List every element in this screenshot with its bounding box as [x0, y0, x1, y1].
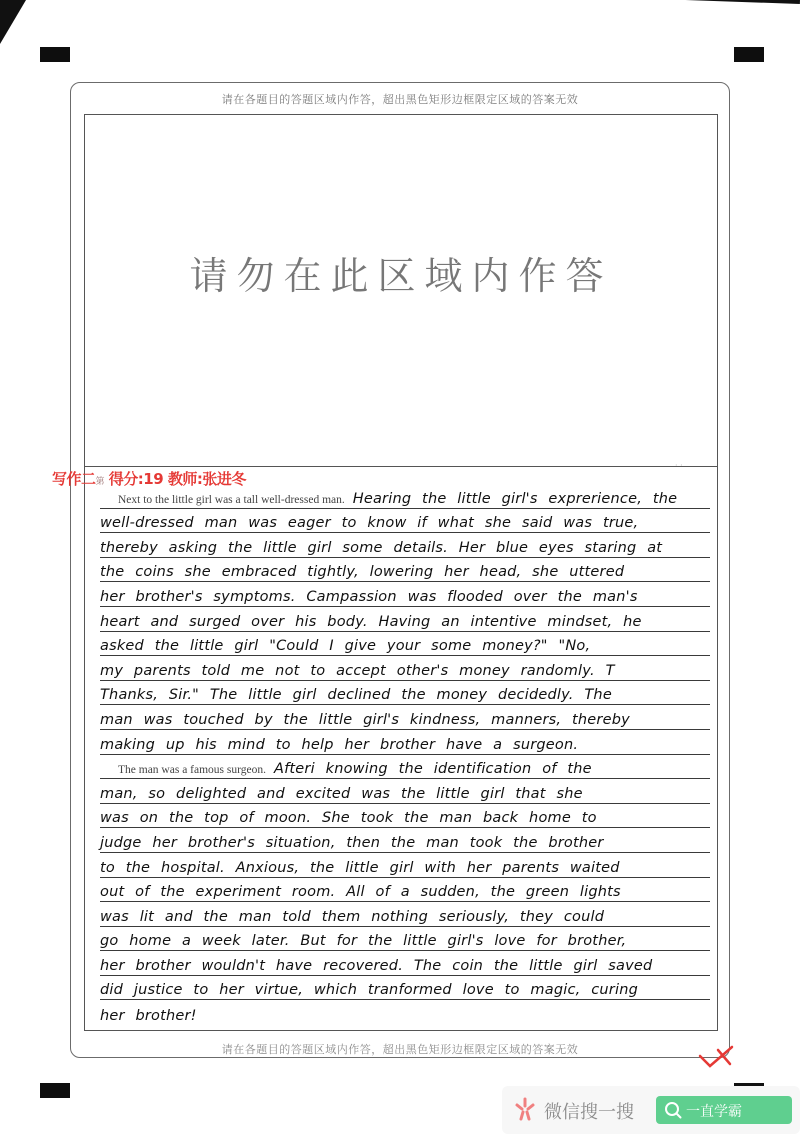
essay-prompt-1: Next to the little girl was a tall well-… [118, 494, 345, 506]
faint-scan-mark: · · [675, 461, 683, 470]
grade-faded-text: 第 [96, 477, 105, 487]
search-icon [664, 1101, 682, 1119]
essay-line-text: man, so delighted and excited was the li… [100, 786, 583, 802]
essay-line-text: Thanks, Sir." The little girl declined t… [100, 687, 612, 703]
essay-line-text: my parents told me not to accept other's… [100, 663, 615, 679]
essay-line: Thanks, Sir." The little girl declined t… [100, 681, 710, 706]
essay-line-text: her brother wouldn't have recovered. The… [100, 958, 652, 974]
essay-line: judge her brother's situation, then the … [100, 828, 710, 853]
essay-line: heart and surged over his body. Having a… [100, 607, 710, 632]
wechat-search-label: 微信搜一搜 [544, 1098, 634, 1124]
essay-line-text: was on the top of moon. She took the man… [100, 810, 597, 826]
wechat-search-icon [512, 1096, 538, 1122]
wechat-search-watermark: 微信搜一搜 一直学霸 [502, 1086, 800, 1134]
essay-line-text: heart and surged over his body. Having a… [100, 614, 642, 630]
essay-line: thereby asking the little girl some deta… [100, 533, 710, 558]
essay-line-text: well-dressed man was eager to know if wh… [100, 515, 638, 531]
essay-line: my parents told me not to accept other's… [100, 656, 710, 681]
essay-line-text: was lit and the man told them nothing se… [100, 909, 604, 925]
essay-line: go home a week later. But for the little… [100, 927, 710, 952]
essay-line: the coins she embraced tightly, lowering… [100, 558, 710, 583]
essay-line-text: out of the experiment room. All of a sud… [100, 884, 621, 900]
alignment-marker-bottom-left [40, 1083, 70, 1098]
essay-line-text: the coins she embraced tightly, lowering… [100, 564, 624, 580]
essay-line-text: Hearing the little girl's exprerience, t… [353, 491, 677, 507]
no-answer-zone: 请勿在此区域内作答 · · [85, 115, 717, 467]
essay-line: well-dressed man was eager to know if wh… [100, 509, 710, 534]
grade-teacher: 教师:张进冬 [168, 470, 246, 488]
essay-line: was on the top of moon. She took the man… [100, 804, 710, 829]
essay-line-text: her brother! [100, 1008, 197, 1024]
essay-line: asked the little girl "Could I give your… [100, 632, 710, 657]
essay-line: out of the experiment room. All of a sud… [100, 878, 710, 903]
essay-line: her brother wouldn't have recovered. The… [100, 951, 710, 976]
essay-line-text: asked the little girl "Could I give your… [100, 638, 590, 654]
essay-line-text: judge her brother's situation, then the … [100, 835, 604, 851]
corner-registration-mark [0, 0, 26, 44]
essay-writing-area: Next to the little girl was a tall well-… [100, 484, 710, 1025]
grade-section-label: 写作二 [52, 470, 96, 488]
alignment-marker-top-left [40, 47, 70, 62]
red-check-mark-icon [698, 1044, 734, 1068]
essay-line-text: to the hospital. Anxious, the little gir… [100, 860, 620, 876]
alignment-marker-top-right [734, 47, 764, 62]
essay-line: was lit and the man told them nothing se… [100, 902, 710, 927]
wechat-search-text: 一直学霸 [686, 1101, 742, 1121]
essay-line-text: thereby asking the little girl some deta… [100, 540, 662, 556]
essay-line: her brother! [100, 1000, 710, 1025]
no-answer-zone-label: 请勿在此区域内作答 [85, 245, 717, 300]
essay-line-text: Afteri knowing the identification of the [274, 761, 592, 777]
notice-top: 请在各题目的答题区域内作答，超出黑色矩形边框限定区域的答案无效 [71, 91, 729, 107]
essay-line: The man was a famous surgeon.Afteri know… [100, 755, 710, 780]
essay-line: her brother's symptoms. Campassion was f… [100, 582, 710, 607]
essay-prompt-2: The man was a famous surgeon. [118, 764, 266, 776]
essay-line-text: making up his mind to help her brother h… [100, 737, 578, 753]
wechat-search-box[interactable]: 一直学霸 [656, 1096, 792, 1124]
essay-line: did justice to her virtue, which tranfor… [100, 976, 710, 1001]
essay-line-text: go home a week later. But for the little… [100, 933, 626, 949]
essay-line: making up his mind to help her brother h… [100, 730, 710, 755]
essay-line: man, so delighted and excited was the li… [100, 779, 710, 804]
essay-line: man was touched by the little girl's kin… [100, 705, 710, 730]
essay-line-text: man was touched by the little girl's kin… [100, 712, 630, 728]
corner-edge-line [650, 0, 800, 4]
grade-stamp: 写作二第 得分:19 教师:张进冬 [52, 468, 246, 489]
grade-score: 得分:19 [109, 470, 163, 488]
notice-bottom: 请在各题目的答题区域内作答，超出黑色矩形边框限定区域的答案无效 [71, 1041, 729, 1057]
essay-line-text: did justice to her virtue, which tranfor… [100, 982, 638, 998]
essay-line-text: her brother's symptoms. Campassion was f… [100, 589, 638, 605]
essay-line: to the hospital. Anxious, the little gir… [100, 853, 710, 878]
